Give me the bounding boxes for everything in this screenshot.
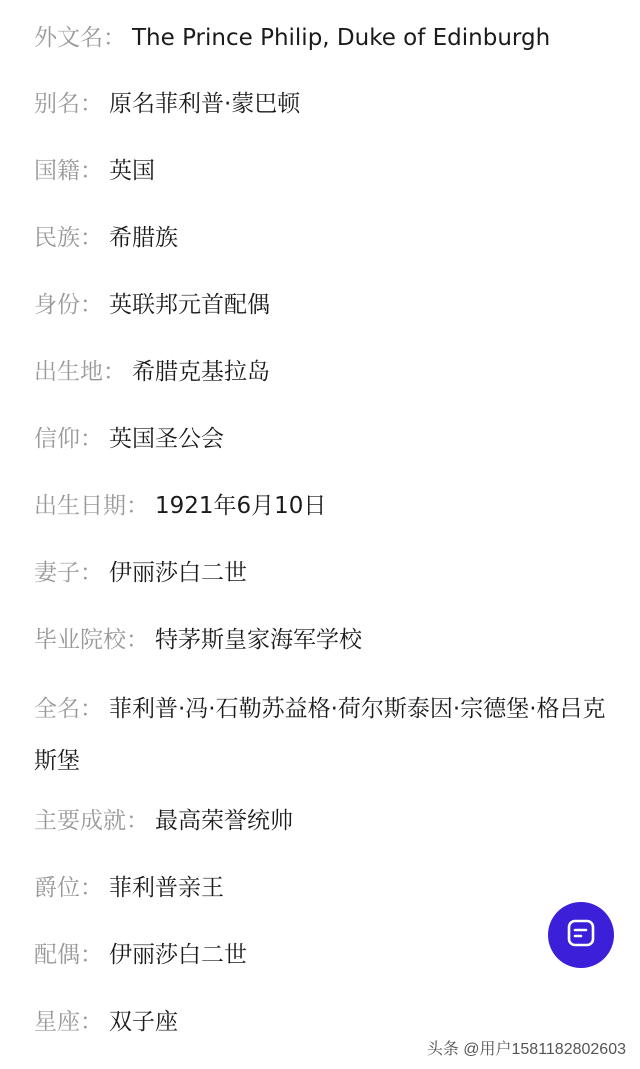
row-value: 英国圣公会 xyxy=(109,426,224,452)
row-value: 菲利普亲王 xyxy=(109,875,224,901)
colon: ： xyxy=(80,560,103,586)
row-label: 信仰 xyxy=(34,426,80,452)
row-label: 毕业院校 xyxy=(34,627,126,653)
note-icon xyxy=(565,917,597,953)
row-value: 英国 xyxy=(109,158,155,184)
colon: ： xyxy=(126,627,149,653)
info-row-zodiac: 星座：双子座 xyxy=(34,998,178,1046)
colon: ： xyxy=(103,25,126,51)
row-value: 伊丽莎白二世 xyxy=(109,560,247,586)
colon: ： xyxy=(126,808,149,834)
info-row-identity: 身份：英联邦元首配偶 xyxy=(34,281,270,329)
colon: ： xyxy=(80,225,103,251)
colon: ： xyxy=(80,942,103,968)
row-label: 出生地 xyxy=(34,359,103,385)
colon: ： xyxy=(80,696,103,722)
colon: ： xyxy=(80,875,103,901)
row-value: 菲利普·冯·石勒苏益格·荷尔斯泰因·宗德堡·格吕克斯堡 xyxy=(34,696,606,774)
note-fab-button[interactable] xyxy=(548,902,614,968)
row-label: 身份 xyxy=(34,292,80,318)
colon: ： xyxy=(80,426,103,452)
row-label: 出生日期 xyxy=(34,493,126,519)
row-value: 原名菲利普·蒙巴顿 xyxy=(109,91,300,117)
row-value: 伊丽莎白二世 xyxy=(109,942,247,968)
colon: ： xyxy=(126,493,149,519)
info-row-religion: 信仰：英国圣公会 xyxy=(34,415,224,463)
row-label: 主要成就 xyxy=(34,808,126,834)
row-value: 希腊族 xyxy=(109,225,178,251)
row-value: 1921年6月10日 xyxy=(155,493,326,519)
info-row-wife: 妻子：伊丽莎白二世 xyxy=(34,549,247,597)
info-row-ethnicity: 民族：希腊族 xyxy=(34,214,178,262)
row-label: 妻子 xyxy=(34,560,80,586)
colon: ： xyxy=(80,292,103,318)
row-value: 希腊克基拉岛 xyxy=(132,359,270,385)
row-value: 特茅斯皇家海军学校 xyxy=(155,627,362,653)
watermark: 头条 @用户1581182802603 xyxy=(427,1036,626,1059)
row-label: 配偶 xyxy=(34,942,80,968)
info-row-spouse: 配偶：伊丽莎白二世 xyxy=(34,931,247,979)
info-row-nationality: 国籍：英国 xyxy=(34,147,155,195)
row-label: 全名 xyxy=(34,696,80,722)
info-row-birthdate: 出生日期：1921年6月10日 xyxy=(34,482,326,530)
info-row-achievement: 主要成就：最高荣誉统帅 xyxy=(34,797,293,845)
info-row-birthplace: 出生地：希腊克基拉岛 xyxy=(34,348,270,396)
row-value: The Prince Philip, Duke of Edinburgh xyxy=(132,25,550,51)
row-label: 民族 xyxy=(34,225,80,251)
row-label: 国籍 xyxy=(34,158,80,184)
info-row-full-name: 全名：菲利普·冯·石勒苏益格·荷尔斯泰因·宗德堡·格吕克斯堡 xyxy=(34,683,624,787)
colon: ： xyxy=(80,91,103,117)
row-label: 别名 xyxy=(34,91,80,117)
colon: ： xyxy=(80,1009,103,1035)
row-value: 英联邦元首配偶 xyxy=(109,292,270,318)
info-row-school: 毕业院校：特茅斯皇家海军学校 xyxy=(34,616,362,664)
row-value: 最高荣誉统帅 xyxy=(155,808,293,834)
colon: ： xyxy=(80,158,103,184)
row-label: 外文名 xyxy=(34,25,103,51)
info-row-alias: 别名：原名菲利普·蒙巴顿 xyxy=(34,80,300,128)
row-label: 爵位 xyxy=(34,875,80,901)
row-label: 星座 xyxy=(34,1009,80,1035)
info-row-title: 爵位：菲利普亲王 xyxy=(34,864,224,912)
row-value: 双子座 xyxy=(109,1009,178,1035)
colon: ： xyxy=(103,359,126,385)
info-row-foreign-name: 外文名：The Prince Philip, Duke of Edinburgh xyxy=(34,14,550,62)
